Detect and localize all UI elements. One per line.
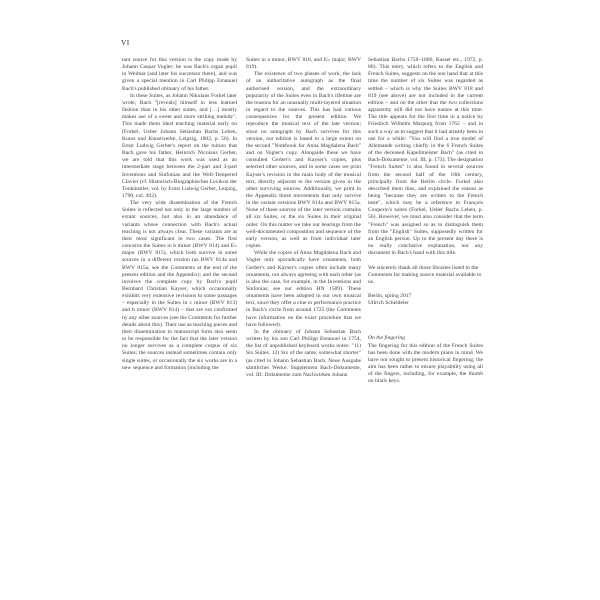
paragraph: In the obituary of Johann Sebastian Bach… (246, 329, 361, 379)
fingering-heading: On the fingering (368, 335, 483, 342)
text-column-3: Sebastian Bachs 1750–1800, Kassel etc., … (368, 57, 483, 386)
paragraph: The existence of two phases of work, the… (246, 71, 361, 250)
paragraph: tant source for this version is the copy… (122, 57, 237, 93)
fingering-text: The fingering for this edition of the Fr… (368, 343, 483, 386)
paragraph: In these Suites, as Johann Nikolaus Fork… (122, 93, 237, 200)
text-column-2: Suites in a minor, BWV 818, and E♭ major… (246, 57, 361, 379)
signoff-place-date: Berlin, spring 2017 (368, 293, 483, 300)
paragraph: Suites in a minor, BWV 818, and E♭ major… (246, 57, 361, 71)
signoff-author: Ullrich Scheideler (368, 300, 483, 307)
paragraph: While the copies of Anna Magdalena Bach … (246, 250, 361, 329)
paragraph: The very wide dissemination of the Frenc… (122, 200, 237, 372)
acknowledgement: We sincerely thank all those libraries l… (368, 265, 483, 286)
text-column-1: tant source for this version is the copy… (122, 57, 237, 372)
paragraph: Sebastian Bachs 1750–1800, Kassel etc., … (368, 57, 483, 257)
page-number: VI (121, 38, 130, 47)
